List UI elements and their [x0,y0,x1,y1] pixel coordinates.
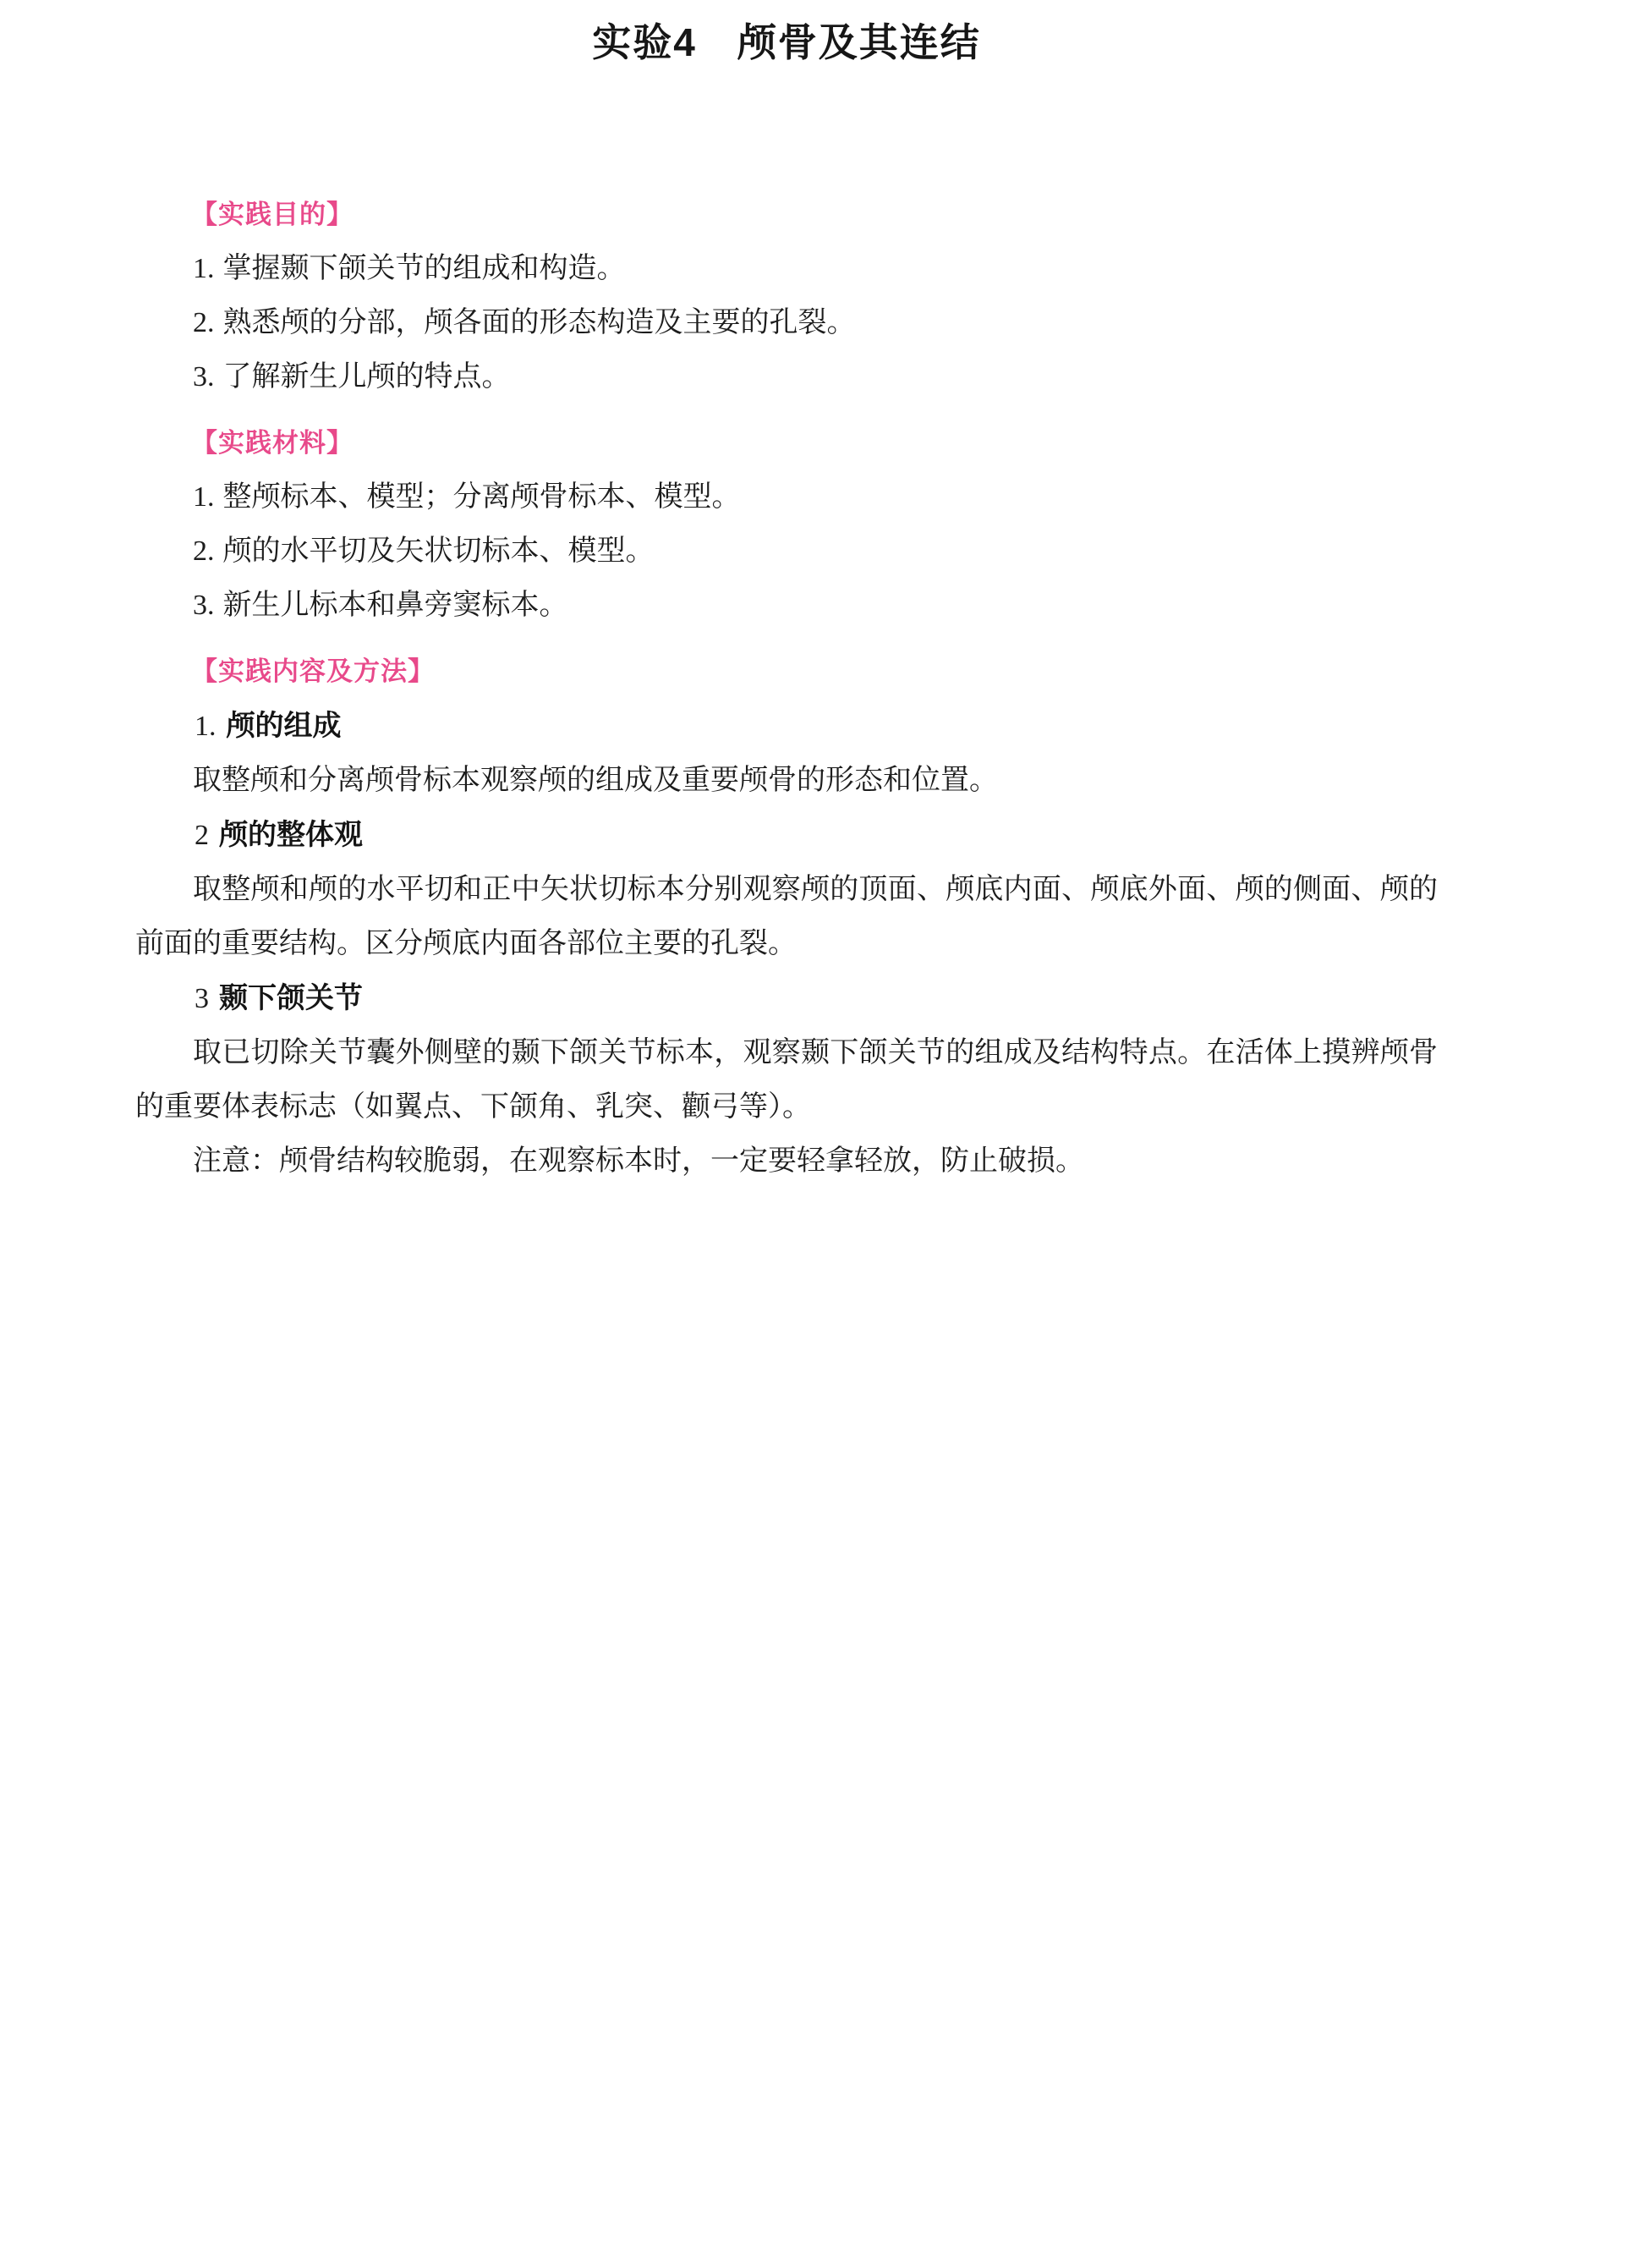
subsection-heading: 1.颅的组成 [135,699,1438,754]
subsection-temporomandibular-joint: 3颞下颌关节 取已切除关节囊外侧壁的颞下颌关节标本，观察颞下颌关节的组成及结构特… [135,971,1438,1134]
list-item-number: 3. [193,361,215,393]
subsection-title: 颞下颌关节 [219,982,363,1014]
section-practice-objectives: 【实践目的】 1.掌握颞下颌关节的组成和构造。 2.熟悉颅的分部，颅各面的形态构… [135,188,1438,404]
subsection-title: 颅的组成 [227,710,342,742]
subsection-heading: 3颞下颌关节 [135,971,1438,1026]
list-item: 3.了解新生儿颅的特点。 [135,350,1438,404]
subsection-number: 2 [195,820,209,851]
subsection-cranium-overview: 2颅的整体观 取整颅和颅的水平切和正中矢状切标本分别观察颅的顶面、颅底内面、颅底… [135,808,1438,971]
document-page: 实验4 颅骨及其连结 【实践目的】 1.掌握颞下颌关节的组成和构造。 2.熟悉颅… [0,0,1628,2268]
list-item-number: 2. [193,535,215,567]
list-item-number: 3. [193,590,215,621]
subsection-heading: 2颅的整体观 [135,808,1438,863]
subsection-number: 3 [195,983,209,1014]
list-item-number: 1. [193,253,215,284]
section-practice-materials: 【实践材料】 1.整颅标本、模型；分离颅骨标本、模型。 2.颅的水平切及矢状切标… [135,416,1438,633]
page-title: 实验4 颅骨及其连结 [135,17,1438,68]
list-item-text: 颅的水平切及矢状切标本、模型。 [223,535,655,567]
list-item: 1.整颅标本、模型；分离颅骨标本、模型。 [135,470,1438,524]
subsection-cranium-composition: 1.颅的组成 取整颅和分离颅骨标本观察颅的组成及重要颅骨的形态和位置。 [135,699,1438,808]
subsection-paragraph: 取整颅和颅的水平切和正中矢状切标本分别观察颅的顶面、颅底内面、颅底外面、颅的侧面… [135,863,1438,971]
list-item: 3.新生儿标本和鼻旁窦标本。 [135,579,1438,633]
list-item-text: 整颅标本、模型；分离颅骨标本、模型。 [223,481,741,513]
section-header: 【实践材料】 [135,416,1438,470]
list-item-number: 2. [193,307,215,338]
list-item: 1.掌握颞下颌关节的组成和构造。 [135,242,1438,296]
list-item-text: 掌握颞下颌关节的组成和构造。 [223,253,626,284]
list-item-text: 新生儿标本和鼻旁窦标本。 [223,590,568,621]
subsection-paragraph: 取整颅和分离颅骨标本观察颅的组成及重要颅骨的形态和位置。 [135,754,1438,808]
subsection-number: 1. [195,711,217,742]
note-paragraph: 注意：颅骨结构较脆弱，在观察标本时，一定要轻拿轻放，防止破损。 [135,1134,1438,1189]
list-item-number: 1. [193,481,215,513]
section-practice-content-methods: 【实践内容及方法】 1.颅的组成 取整颅和分离颅骨标本观察颅的组成及重要颅骨的形… [135,645,1438,1189]
list-item-text: 了解新生儿颅的特点。 [223,361,511,393]
subsection-paragraph: 取已切除关节囊外侧壁的颞下颌关节标本，观察颞下颌关节的组成及结构特点。在活体上摸… [135,1026,1438,1134]
list-item-text: 熟悉颅的分部，颅各面的形态构造及主要的孔裂。 [223,307,856,338]
section-header: 【实践内容及方法】 [135,645,1438,699]
list-item: 2.熟悉颅的分部，颅各面的形态构造及主要的孔裂。 [135,296,1438,350]
subsection-title: 颅的整体观 [219,819,363,851]
content-column: 实验4 颅骨及其连结 【实践目的】 1.掌握颞下颌关节的组成和构造。 2.熟悉颅… [0,0,1628,1189]
section-header: 【实践目的】 [135,188,1438,242]
list-item: 2.颅的水平切及矢状切标本、模型。 [135,524,1438,579]
